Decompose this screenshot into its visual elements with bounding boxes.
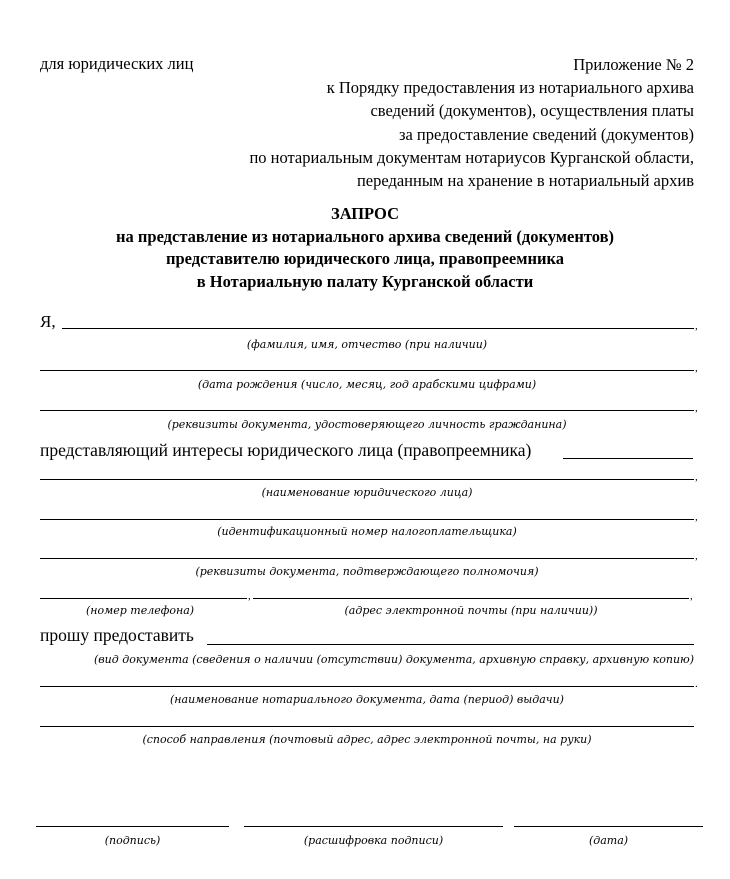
comma: , — [695, 362, 698, 374]
representing-inline-field[interactable] — [563, 439, 693, 457]
signature-transcript-hint: (расшифровка подписи) — [244, 834, 503, 848]
authority-document-underline — [40, 558, 694, 559]
phone-hint: (номер телефона) — [40, 604, 240, 618]
signature-underline — [36, 826, 229, 827]
email-underline — [253, 598, 689, 599]
full-name-hint: (фамилия, имя, отчество (при наличии) — [40, 338, 694, 352]
appendix-line: переданным на хранение в нотариальный ар… — [249, 169, 694, 192]
comma: , — [695, 471, 698, 483]
inn-hint: (идентификационный номер налогоплательщи… — [40, 525, 694, 539]
email-field[interactable] — [253, 579, 689, 597]
legal-entity-name-hint: (наименование юридического лица) — [40, 486, 694, 500]
comma: , — [695, 550, 698, 562]
date-hint: (дата) — [514, 834, 703, 848]
inn-field[interactable] — [40, 500, 694, 518]
document-type-field[interactable] — [207, 625, 694, 643]
id-document-hint: (реквизиты документа, удостоверяющего ли… — [40, 418, 694, 432]
document-title: ЗАПРОС на представление из нотариального… — [0, 203, 730, 293]
full-name-field[interactable] — [62, 309, 694, 327]
full-name-underline — [62, 328, 694, 329]
signature-transcript-field[interactable] — [244, 807, 503, 825]
signature-transcript-underline — [244, 826, 503, 827]
notarial-document-underline — [40, 686, 694, 687]
comma: , — [695, 511, 698, 523]
date-underline — [514, 826, 703, 827]
applicant-prefix: Я, — [40, 311, 56, 333]
inn-underline — [40, 519, 694, 520]
notarial-document-field[interactable] — [40, 667, 694, 685]
delivery-method-underline — [40, 726, 694, 727]
phone-underline — [40, 598, 247, 599]
representing-label: представляющий интересы юридического лиц… — [40, 439, 531, 461]
title-heading: ЗАПРОС — [0, 203, 730, 226]
comma: , — [248, 590, 251, 602]
appendix-line: Приложение № 2 — [249, 53, 694, 76]
appendix-line: к Порядку предоставления из нотариальног… — [249, 76, 694, 99]
appendix-line: за предоставление сведений (документов) — [249, 123, 694, 146]
notarial-document-hint: (наименование нотариального документа, д… — [40, 693, 694, 707]
comma: , — [695, 402, 698, 414]
form-category-label: для юридических лиц — [40, 53, 193, 75]
period: . — [695, 678, 698, 690]
phone-field[interactable] — [40, 579, 247, 597]
delivery-method-hint: (способ направления (почтовый адрес, адр… — [40, 733, 694, 747]
title-subtitle-line: на представление из нотариального архива… — [0, 226, 730, 249]
email-hint: (адрес электронной почты (при наличии)) — [253, 604, 689, 618]
appendix-line: сведений (документов), осуществления пла… — [249, 99, 694, 122]
request-label: прошу предоставить — [40, 624, 194, 646]
title-subtitle-line: в Нотариальную палату Курганской области — [0, 271, 730, 294]
id-document-field[interactable] — [40, 391, 694, 409]
birth-date-field[interactable] — [40, 351, 694, 369]
comma: , — [695, 320, 698, 332]
document-type-underline — [207, 644, 694, 645]
signature-hint: (подпись) — [36, 834, 229, 848]
appendix-block: Приложение № 2 к Порядку предоставления … — [249, 53, 694, 192]
appendix-line: по нотариальным документам нотариусов Ку… — [249, 146, 694, 169]
authority-document-hint: (реквизиты документа, подтверждающего по… — [40, 565, 694, 579]
document-type-hint: (вид документа (сведения о наличии (отсу… — [40, 653, 694, 667]
birth-date-underline — [40, 370, 694, 371]
legal-entity-name-field[interactable] — [40, 460, 694, 478]
comma: , — [690, 590, 693, 602]
representing-inline-underline — [563, 458, 693, 459]
authority-document-field[interactable] — [40, 539, 694, 557]
legal-entity-name-underline — [40, 479, 694, 480]
title-subtitle-line: представителю юридического лица, правопр… — [0, 248, 730, 271]
signature-field[interactable] — [36, 807, 229, 825]
id-document-underline — [40, 410, 694, 411]
date-field[interactable] — [514, 807, 703, 825]
birth-date-hint: (дата рождения (число, месяц, год арабск… — [40, 378, 694, 392]
delivery-method-field[interactable] — [40, 707, 694, 725]
